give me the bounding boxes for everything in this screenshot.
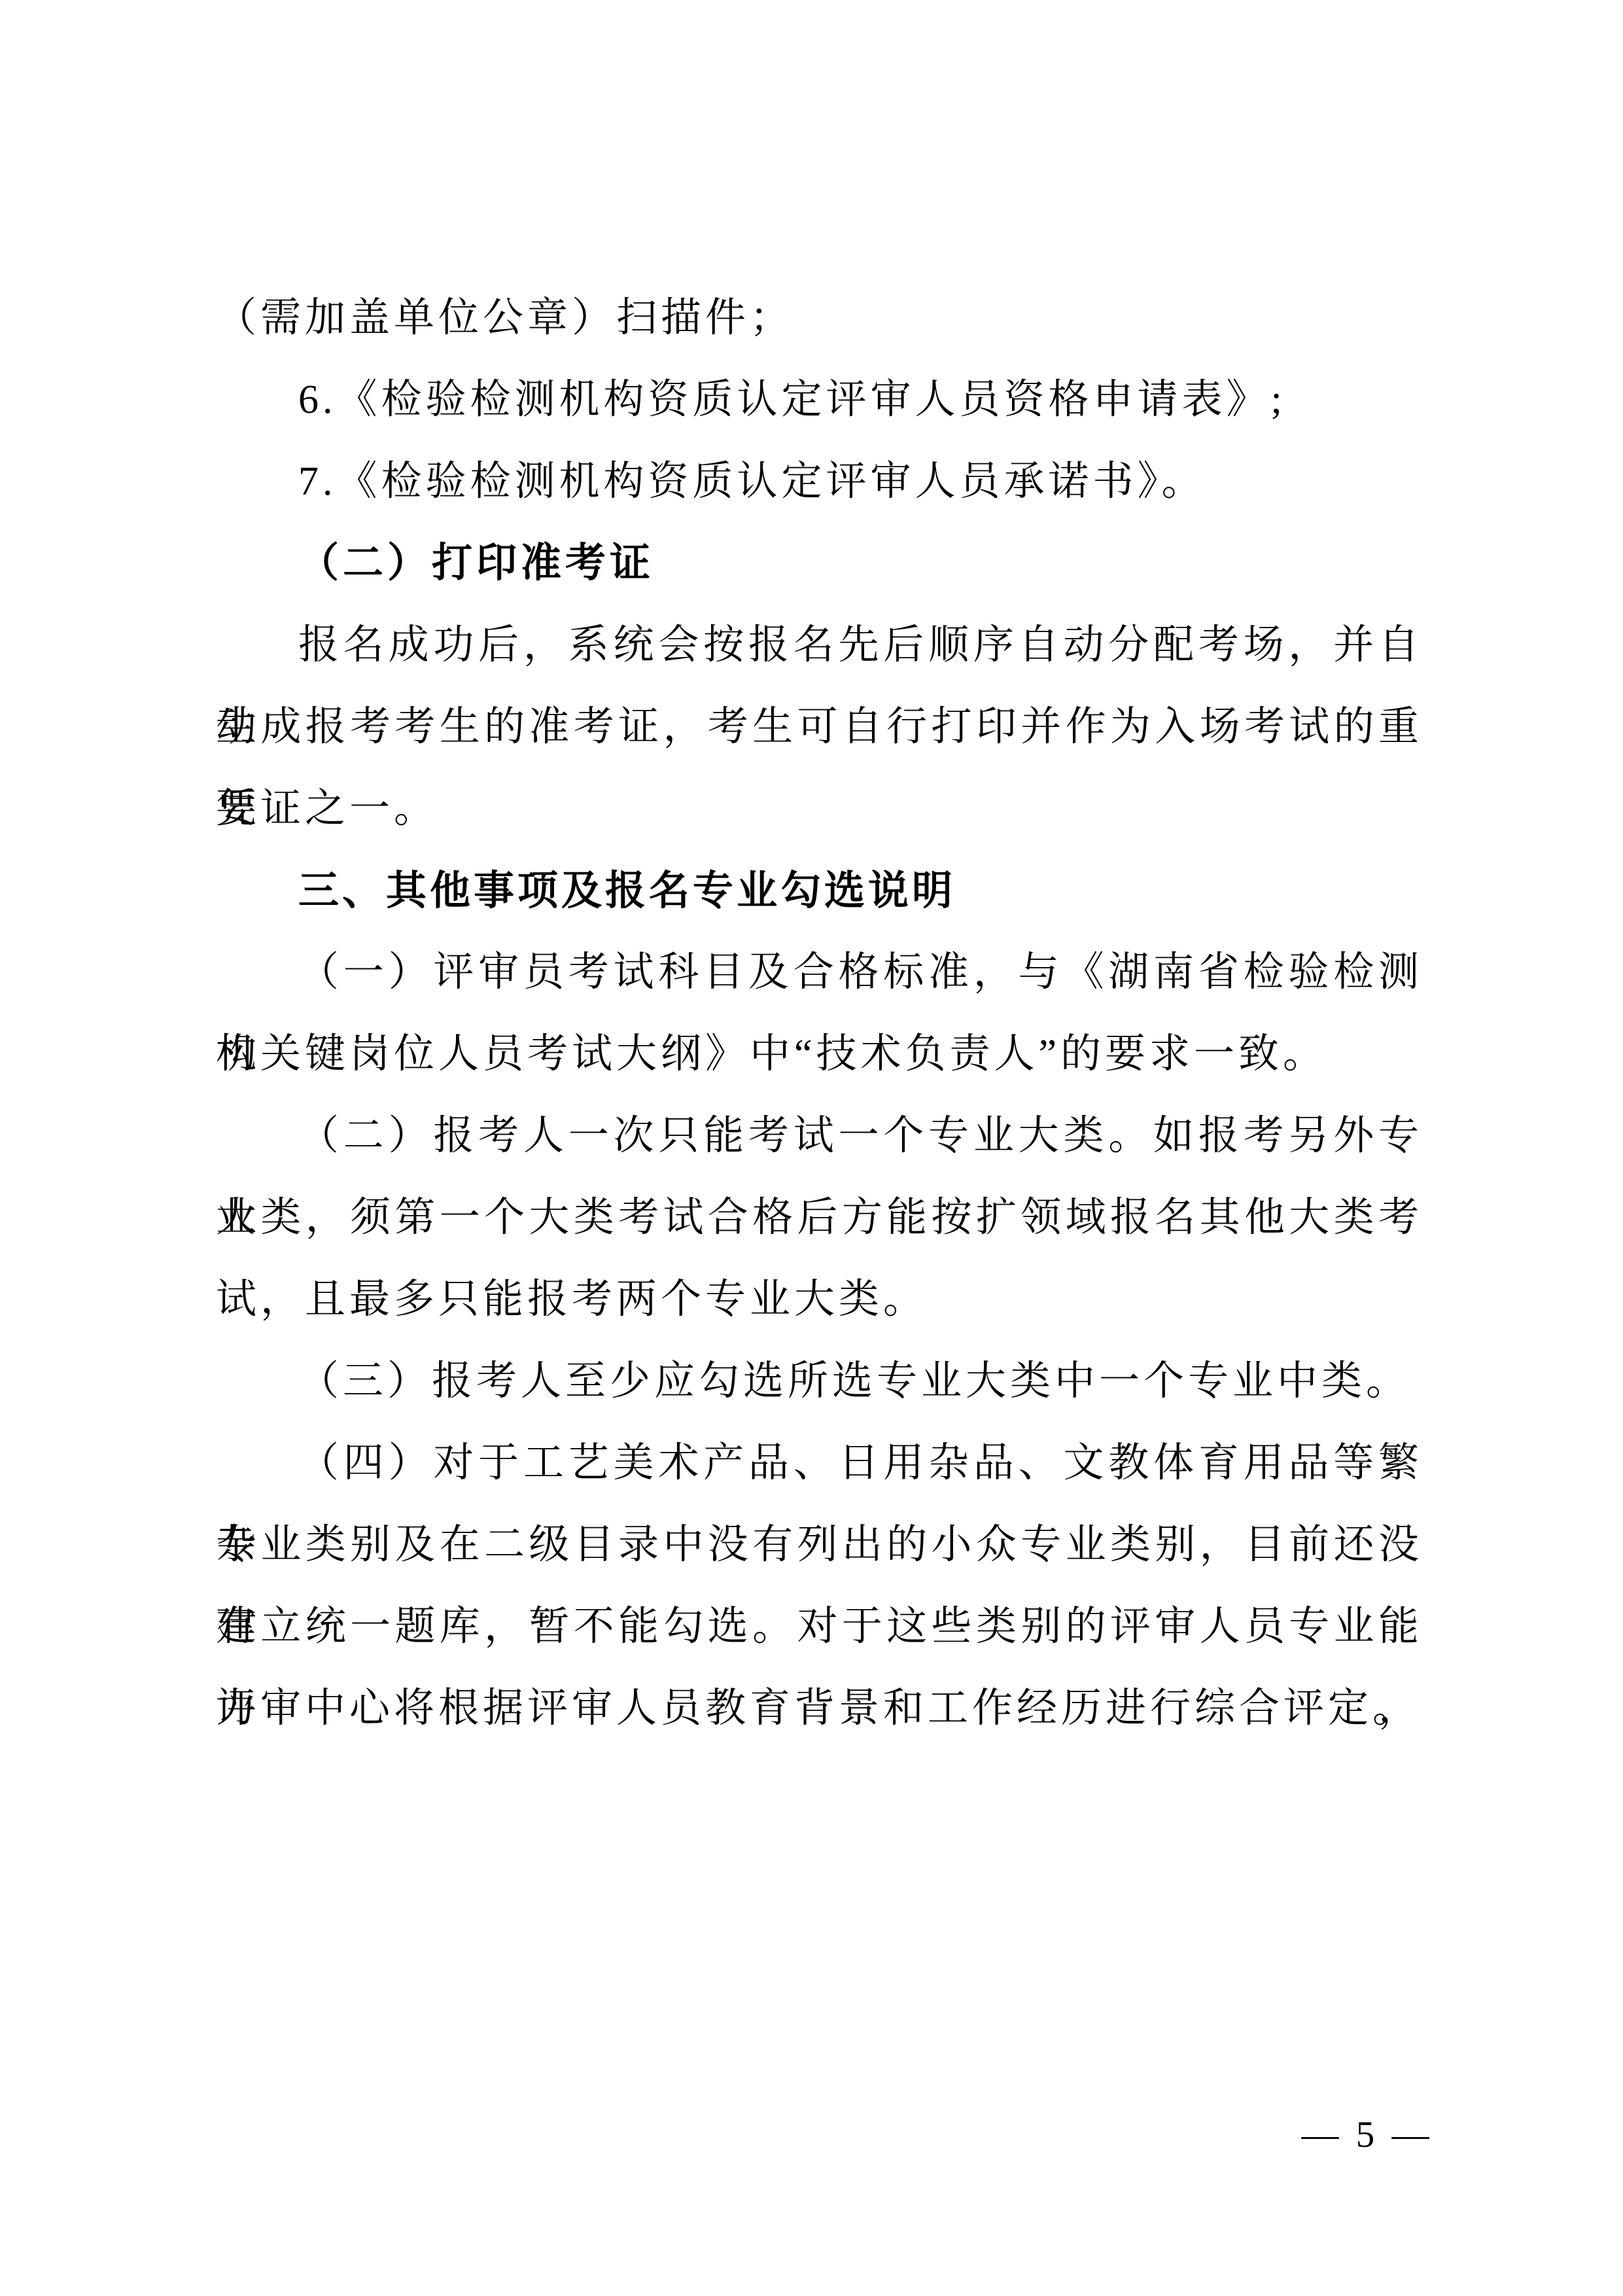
- body-line-item1-continued: 构关键岗位人员考试大纲》中“技术负责人”的要求一致。: [216, 1014, 1423, 1095]
- section-heading-other-matters: 三、其他事项及报名专业勾选说明: [216, 850, 1423, 932]
- body-line-ticket-generation: 生成报考考生的准考证，考生可自行打印并作为入场考试的重要: [216, 686, 1423, 768]
- list-item-7-commitment-letter: 7.《检验检测机构资质认定评审人员承诺书》。: [216, 441, 1423, 523]
- document-page: （需加盖单位公章）扫描件； 6.《检验检测机构资质认定评审人员资格申请表》; 7…: [0, 0, 1623, 2296]
- body-line-item4-continued-1: 专业类别及在二级目录中没有列出的小众专业类别，目前还没有: [216, 1504, 1423, 1586]
- section-heading-print-admission-ticket: （二）打印准考证: [216, 523, 1423, 605]
- body-line-item3-middle-category: （三）报考人至少应勾选所选专业大类中一个专业中类。: [216, 1341, 1423, 1422]
- body-line-item4-misc-categories: （四）对于工艺美术产品、日用杂品、文教体育用品等繁杂: [216, 1422, 1423, 1504]
- body-line-scanned-copy: （需加盖单位公章）扫描件；: [216, 277, 1423, 359]
- body-line-item2-one-category: （二）报考人一次只能考试一个专业大类。如报考另外专业: [216, 1095, 1423, 1177]
- body-line-item2-continued-1: 大类，须第一个大类考试合格后方能按扩领域报名其他大类考: [216, 1177, 1423, 1259]
- body-line-voucher: 凭证之一。: [216, 768, 1423, 850]
- page-number: — 5 —: [1292, 2106, 1442, 2164]
- list-item-6-application-form: 6.《检验检测机构资质认定评审人员资格申请表》;: [216, 359, 1423, 441]
- document-body: （需加盖单位公章）扫描件； 6.《检验检测机构资质认定评审人员资格申请表》; 7…: [216, 277, 1423, 1750]
- body-line-registration-success: 报名成功后，系统会按报名先后顺序自动分配考场，并自动: [216, 605, 1423, 686]
- body-line-item2-continued-2: 试，且最多只能报考两个专业大类。: [216, 1259, 1423, 1341]
- body-line-item4-continued-3: 评审中心将根据评审人员教育背景和工作经历进行综合评定。: [216, 1668, 1423, 1750]
- body-line-item1-exam-subjects: （一）评审员考试科目及合格标准，与《湖南省检验检测机: [216, 932, 1423, 1014]
- body-line-item4-continued-2: 建立统一题库，暂不能勾选。对于这些类别的评审人员专业能力，: [216, 1586, 1423, 1668]
